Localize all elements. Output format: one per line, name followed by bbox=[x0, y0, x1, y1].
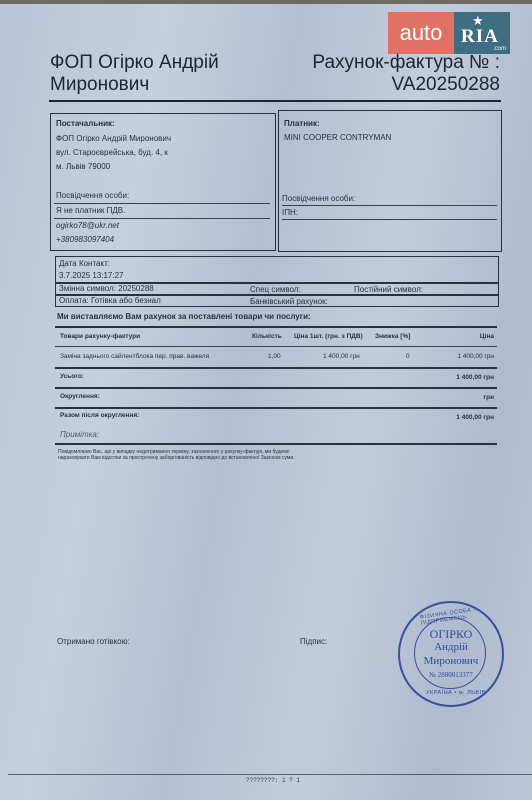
col-header-quantity: Кількість bbox=[252, 333, 282, 340]
item-discount: 0 bbox=[406, 353, 410, 360]
bank-account: Банківський рахунок: bbox=[250, 297, 328, 306]
contact-label: Дата Контакт: bbox=[59, 259, 110, 268]
signature-label: Підпис: bbox=[300, 637, 327, 646]
after-rounding-value: 1 400,00 грн bbox=[456, 414, 494, 421]
supplier-email: ogirko78@ukr.net bbox=[56, 221, 119, 230]
total-value: 1 400,00 грн bbox=[456, 374, 494, 381]
invoice-title: Рахунок-фактура № : VA20250288 bbox=[312, 52, 500, 96]
table-bottom-border bbox=[55, 443, 497, 445]
payment-row: Оплата: Готівка або безнал Банківський р… bbox=[55, 295, 499, 307]
divider bbox=[54, 203, 270, 204]
supplier-vat-note: Я не платник ПДВ. bbox=[56, 206, 125, 215]
special-symbol: Спец символ: bbox=[250, 285, 301, 294]
supplier-heading: Постачальник: bbox=[56, 119, 115, 128]
seller-title-line2: Миронович bbox=[50, 74, 219, 96]
item-price: 1 400,00 грн bbox=[457, 353, 494, 360]
col-header-price: Ціна bbox=[480, 333, 494, 340]
late-payment-disclaimer: Повідомляємо Вас, що у випадку недотрима… bbox=[58, 449, 308, 461]
contact-box: Дата Контакт: 3.7.2025 13:17:27 bbox=[55, 256, 499, 283]
supplier-box: Постачальник: ФОП Огірко Андрій Миронови… bbox=[50, 113, 276, 251]
seller-title: ФОП Огірко Андрій Миронович bbox=[50, 52, 219, 96]
supplier-city: м. Львів 79000 bbox=[56, 162, 110, 171]
payer-ipn-label: ІПН: bbox=[282, 208, 298, 217]
photo-background-edge bbox=[0, 0, 532, 4]
invoice-intro: Ми виставляємо Вам рахунок за поставлені… bbox=[57, 312, 311, 321]
contact-datetime: 3.7.2025 13:17:27 bbox=[59, 271, 124, 280]
stamp-line2: Андрій bbox=[400, 641, 502, 653]
divider bbox=[282, 205, 497, 206]
supplier-id-label: Посвідчення особи: bbox=[56, 191, 129, 200]
payer-box: Платник: MINI COOPER CONTRYMAN Посвідчен… bbox=[278, 110, 502, 252]
divider bbox=[55, 367, 497, 369]
logo-ria-text: RIA bbox=[461, 26, 499, 48]
divider bbox=[55, 407, 497, 409]
page-counter: ????????: 1 ? 1 bbox=[246, 777, 300, 784]
seller-title-line1: ФОП Огірко Андрій bbox=[50, 52, 219, 74]
payer-id-label: Посвідчення особи: bbox=[282, 194, 355, 203]
rounding-value: грн bbox=[483, 394, 494, 401]
payer-heading: Платник: bbox=[284, 119, 320, 128]
item-description: Заміна заднього сайлентблока пер. прав. … bbox=[60, 353, 209, 360]
invoice-number: VA20250288 bbox=[312, 74, 500, 96]
stamp-line3: Миронович bbox=[400, 655, 502, 667]
cash-received-label: Отримано готівкою: bbox=[57, 637, 130, 646]
constant-symbol: Постійний символ: bbox=[354, 285, 423, 294]
item-quantity: 1,00 bbox=[268, 353, 281, 360]
supplier-name: ФОП Огірко Андрій Миронович bbox=[56, 134, 171, 143]
autoria-logo: auto ★ RIA .com bbox=[388, 12, 510, 54]
stamp-ring-bottom: УКРАЇНА • м. ЛЬВІВ bbox=[426, 690, 486, 696]
logo-auto: auto bbox=[388, 12, 454, 54]
divider bbox=[54, 218, 270, 219]
header-divider bbox=[49, 100, 501, 102]
variable-symbol: Змінна символ: 20250288 bbox=[59, 284, 154, 293]
rounding-label: Округлення: bbox=[60, 393, 100, 400]
stamp-number: № 2880013377 bbox=[400, 671, 502, 679]
divider bbox=[55, 346, 497, 347]
note-label: Примітка: bbox=[60, 430, 99, 439]
logo-ria: ★ RIA .com bbox=[454, 12, 510, 54]
col-header-items: Товари рахунку-фактури bbox=[60, 333, 140, 340]
col-header-discount: Знижка [%] bbox=[375, 333, 410, 340]
divider bbox=[282, 219, 497, 220]
item-unit-price: 1 400,00 грн bbox=[323, 353, 360, 360]
footer-divider bbox=[8, 774, 532, 775]
divider bbox=[55, 387, 497, 389]
company-stamp: ФІЗИЧНА ОСОБА - ПІДПРИЄМЕЦЬ УКРАЇНА • м.… bbox=[398, 601, 504, 707]
supplier-street: вул. Староєврейська, буд. 4, к bbox=[56, 148, 168, 157]
col-header-unit-price: Ціна 1шт. (грн. з ПДВ) bbox=[294, 333, 363, 340]
invoice-title-label: Рахунок-фактура № : bbox=[312, 52, 500, 74]
symbols-row: Змінна символ: 20250288 Спец символ: Пос… bbox=[55, 283, 499, 295]
supplier-phone: +380983097404 bbox=[56, 235, 114, 244]
stamp-line1: ОГІРКО bbox=[400, 627, 502, 642]
payment-method: Оплата: Готівка або безнал bbox=[59, 296, 161, 305]
table-top-border bbox=[55, 326, 497, 328]
payer-name: MINI COOPER CONTRYMAN bbox=[284, 133, 391, 142]
after-rounding-label: Разом після округлення: bbox=[60, 412, 139, 419]
total-label: Усього: bbox=[60, 373, 84, 380]
